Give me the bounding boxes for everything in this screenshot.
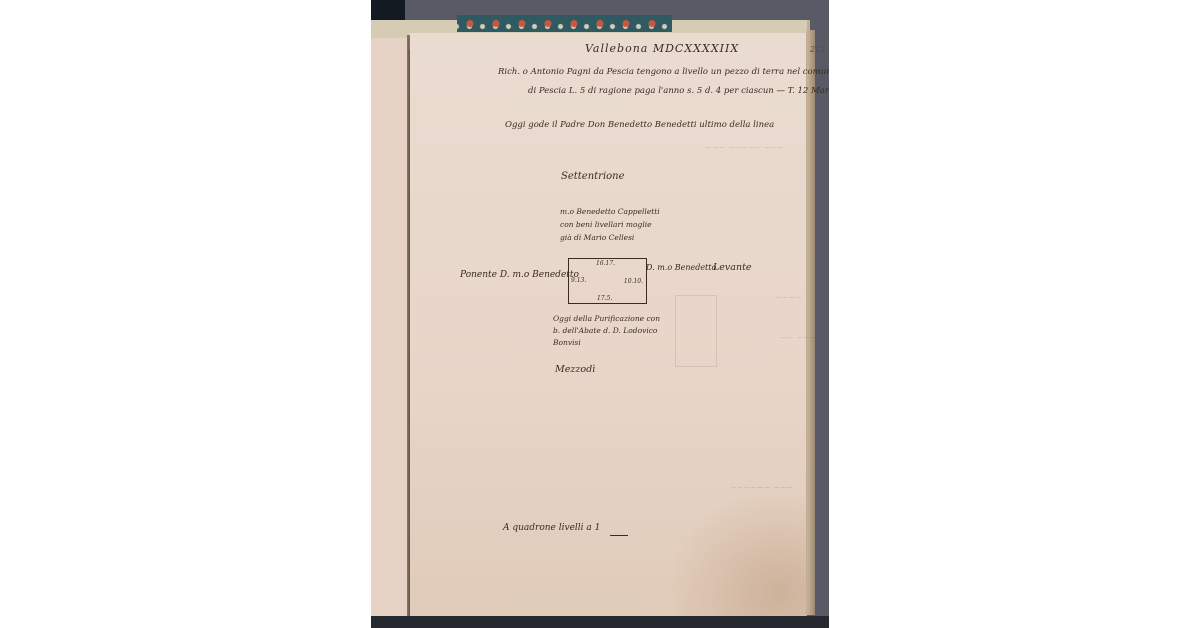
bleed-through-diagram xyxy=(675,295,717,367)
text-line-1: Rich. o Antonio Pagni da Pescia tengono … xyxy=(498,67,829,77)
scan-background-corner xyxy=(371,0,405,22)
decorative-paper-strip xyxy=(457,15,672,32)
footer-underline xyxy=(610,535,628,536)
footer-note: A quadrone livelli a 1 xyxy=(503,523,600,533)
dimension-top: 16.17. xyxy=(596,260,615,267)
north-label: Settentrione xyxy=(561,171,625,182)
left-page-edge xyxy=(371,38,409,618)
bleed-through-text: ~~~ ~~~~~ ~~~ xyxy=(705,143,784,152)
bleed-through-text: ~~~~~~ ~~~ xyxy=(730,483,793,492)
dimension-left: 9.13. xyxy=(571,277,586,284)
land-plot-diagram: 16.17. 9.13. 10.10. 17.5. xyxy=(568,258,647,304)
manuscript-scan: ~~~ ~~~~~ ~~~ ~~~~ ~~ ~~~ ~~~~~~ ~~~ Val… xyxy=(371,0,829,628)
dimension-right: 10.10. xyxy=(624,278,643,285)
paper-stain xyxy=(666,488,806,618)
scan-background-bottom xyxy=(371,616,829,628)
text-line-3: Oggi gode il Padre Don Benedetto Benedet… xyxy=(505,120,774,130)
east-owner-text: D. m.o Benedetto xyxy=(646,263,716,272)
west-label: Ponente D. m.o Benedetto xyxy=(460,270,579,280)
page-stack-edge xyxy=(806,30,815,615)
south-owner-text: Oggi della Purificazione con b. dell'Aba… xyxy=(553,313,663,349)
bleed-through-text: ~~~~ xyxy=(775,293,802,302)
north-owner-text: m.o Benedetto Cappelletti con beni livel… xyxy=(560,205,660,244)
east-label: Levante xyxy=(713,262,752,273)
dimension-bottom: 17.5. xyxy=(597,295,612,302)
manuscript-page: ~~~ ~~~~~ ~~~ ~~~~ ~~ ~~~ ~~~~~~ ~~~ Val… xyxy=(410,33,807,618)
page-heading: Vallebona MDCXXXXIIX xyxy=(585,42,739,55)
south-label: Mezzodì xyxy=(555,364,595,375)
bleed-through-text: ~~ ~~~ xyxy=(780,333,816,342)
folio-number: 212 xyxy=(810,45,825,54)
text-line-2: di Pescia L. 5 di ragione paga l'anno s.… xyxy=(528,86,829,96)
